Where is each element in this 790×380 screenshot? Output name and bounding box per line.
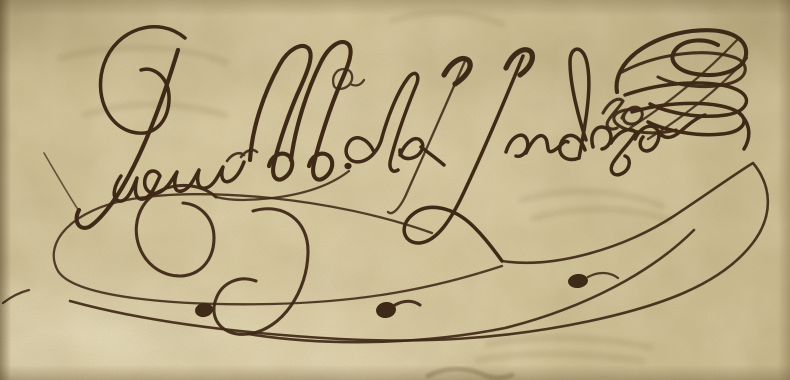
signature-artwork bbox=[0, 0, 790, 380]
manuscript-scan: Juan ſſ. de Mendoza bbox=[0, 0, 790, 380]
abbreviation-period bbox=[344, 163, 351, 169]
